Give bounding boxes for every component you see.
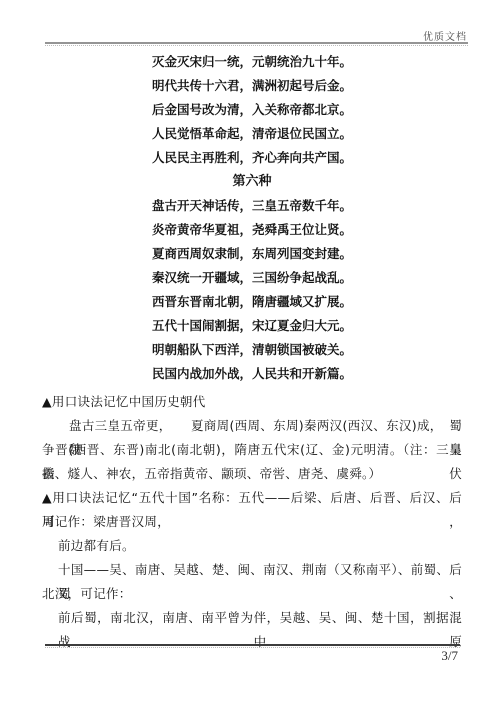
poem-line-11: 五代十国闹割据，宋辽夏金归大元。 (42, 314, 462, 338)
mnemonic-paragraphs: ▲用口诀法记忆中国历史朝代 盘古三皇五帝更， 夏商周(西周、东周)秦两汉(西汉、… (42, 390, 462, 630)
poem-line-8: 夏商西周奴隶制，东周列国变封建。 (42, 242, 462, 266)
footer-rule (45, 644, 460, 648)
paragraph-line-3: 争晋(西晋、东晋)南北(南北朝)，隋唐五代宋(辽、金)元明清。（注：三皇指伏 (42, 438, 462, 462)
poem-line-1: 灭金灭宋归一统，元朝统治九十年。 (42, 50, 462, 74)
paragraph-line-1: ▲用口诀法记忆中国历史朝代 (42, 390, 462, 414)
poem-line-10: 西晋东晋南北朝，隋唐疆域又扩展。 (42, 290, 462, 314)
section-heading: 第六种 (42, 170, 462, 194)
header-watermark: 优质文档 (423, 28, 467, 43)
paragraph-line-10: 前后蜀，南北汉，南唐、南平曾为伴，吴越、吴、闽、楚十国，割据混战中原 (42, 606, 462, 630)
poem-line-6: 盘古开天神话传，三皇五帝数千年。 (42, 194, 462, 218)
poem-line-9: 秦汉统一开疆域，三国纷争起战乱。 (42, 266, 462, 290)
header-rule-solid-line (45, 42, 468, 44)
header-rule (45, 42, 468, 46)
poem-line-4: 人民觉悟革命起，清帝退位民国立。 (42, 122, 462, 146)
poem-line-3: 后金国号改为清，入关称帝都北京。 (42, 98, 462, 122)
paragraph-line-7: 前边都有后。 (42, 534, 462, 558)
paragraph-line-5: ▲用口诀法记忆“五代十国”名称：五代——后梁、后唐、后晋、后汉、后周， (42, 486, 462, 510)
document-body: 灭金灭宋归一统，元朝统治九十年。 明代共传十六君，满洲初起号后金。 后金国号改为… (42, 50, 462, 630)
header-rule-dotted-line (45, 45, 468, 46)
footer-rule-dotted-line (45, 647, 460, 648)
poem-line-2: 明代共传十六君，满洲初起号后金。 (42, 74, 462, 98)
poem-line-12: 明朝船队下西洋，清朝锁国被破关。 (42, 338, 462, 362)
poem-line-13: 民国内战加外战，人民共和开新篇。 (42, 362, 462, 386)
paragraph-line-2: 盘古三皇五帝更， 夏商周(西周、东周)秦两汉(西汉、东汉)成， 蜀魏吴 (42, 414, 462, 438)
poem-line-7: 炎帝黄帝华夏祖，尧舜禹王位让贤。 (42, 218, 462, 242)
document-page: 优质文档 灭金灭宋归一统，元朝统治九十年。 明代共传十六君，满洲初起号后金。 后… (0, 0, 500, 707)
footer-rule-solid-line (45, 644, 460, 646)
paragraph-line-8: 十国——吴、南唐、吴越、楚、闽、南汉、荆南（又称南平）、前蜀、后蜀、 (42, 558, 462, 582)
page-number: 3/7 (441, 648, 458, 664)
poem-line-5: 人民民主再胜利，齐心奔向共产国。 (42, 146, 462, 170)
